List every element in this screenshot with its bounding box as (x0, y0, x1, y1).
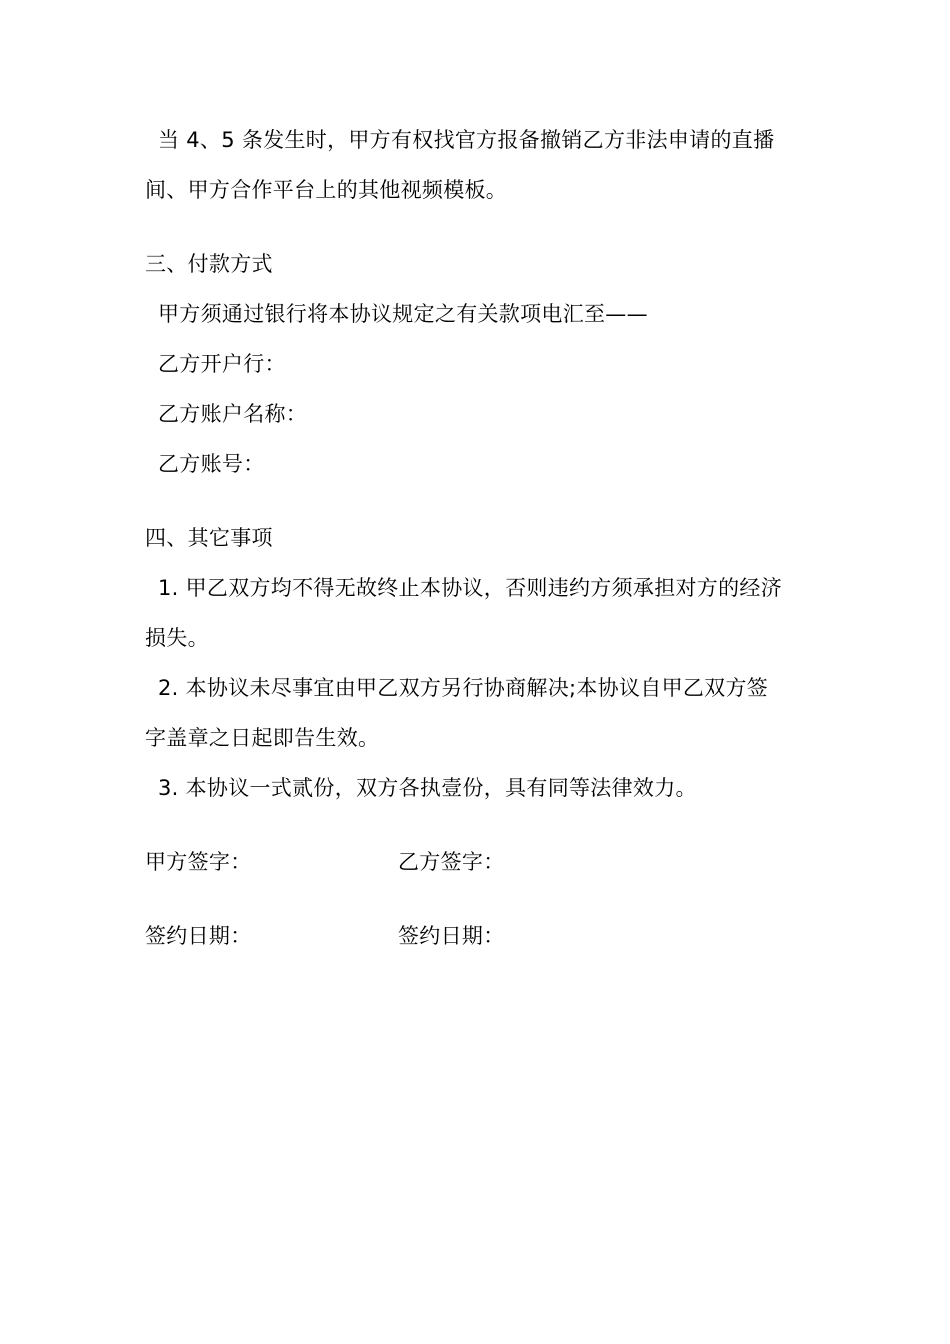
document-page: 当 4、5 条发生时，甲方有权找官方报备撤销乙方非法申请的直播 间、甲方合作平台… (0, 0, 950, 1344)
party-b-date-label: 签约日期： (398, 921, 505, 951)
other-item-2-line-1: 2. 本协议未尽事宜由甲乙双方另行协商解决;本协议自甲乙双方签 (158, 673, 768, 703)
section-heading-payment: 三、付款方式 (145, 249, 273, 279)
other-item-1-line-1: 1. 甲乙双方均不得无故终止本协议，否则违约方须承担对方的经济 (158, 573, 782, 603)
other-item-1-line-2: 损失。 (145, 623, 209, 653)
party-a-date-label: 签约日期： (145, 921, 252, 951)
field-account-name-label: 乙方账户名称： (158, 399, 307, 429)
party-a-signature-label: 甲方签字： (145, 847, 252, 877)
other-item-2-line-2: 字盖章之日起即告生效。 (145, 723, 379, 753)
field-account-number-label: 乙方账号： (158, 449, 265, 479)
payment-intro: 甲方须通过银行将本协议规定之有关款项电汇至—— (158, 299, 648, 329)
clause-text-line-1: 当 4、5 条发生时，甲方有权找官方报备撤销乙方非法申请的直播 (158, 125, 774, 155)
section-heading-other: 四、其它事项 (145, 523, 273, 553)
clause-text-line-2: 间、甲方合作平台上的其他视频模板。 (145, 175, 507, 205)
field-bank-label: 乙方开户行： (158, 349, 286, 379)
other-item-3-line-1: 3. 本协议一式贰份，双方各执壹份，具有同等法律效力。 (158, 773, 697, 803)
party-b-signature-label: 乙方签字： (398, 847, 505, 877)
